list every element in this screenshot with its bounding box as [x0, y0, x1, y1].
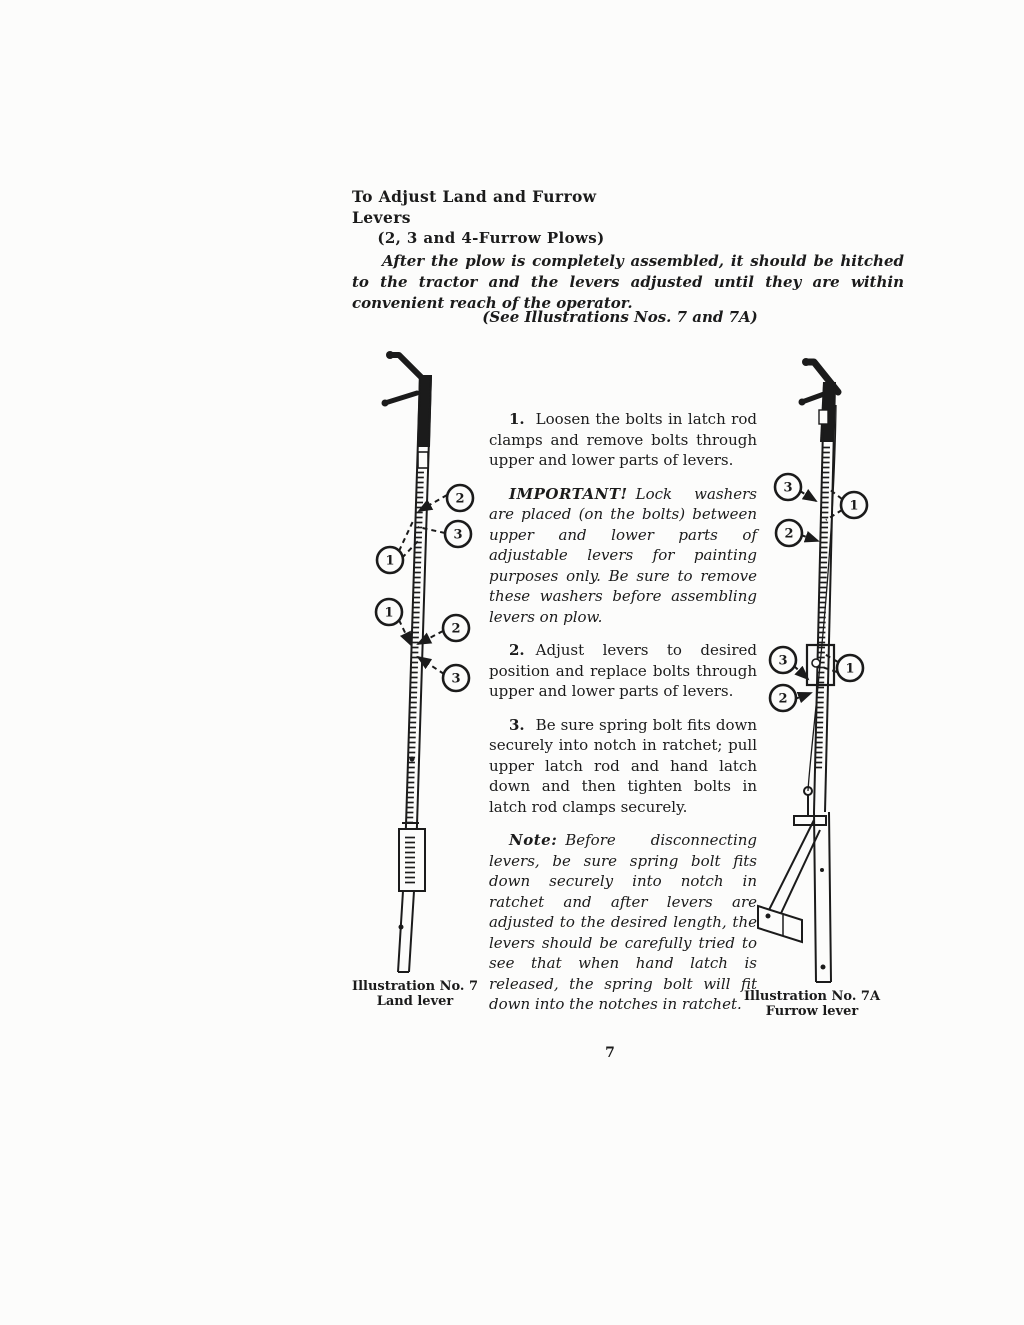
callout-label: 2: [778, 692, 787, 707]
right-illustration-caption: Illustration No. 7A Furrow lever: [741, 989, 883, 1019]
intro-paragraph: After the plow is completely assembled, …: [352, 251, 904, 314]
callout-lower-3: 3: [443, 665, 469, 691]
instruction-step-2: 2.Adjust levers to desired position and …: [489, 640, 757, 702]
callout-label: 1: [385, 554, 394, 569]
page-number: 7: [560, 1045, 660, 1061]
hand-latch: [799, 394, 825, 406]
land-lever-illustration: 2 3 1 1 2 3: [355, 345, 480, 980]
callout-label: 3: [451, 672, 460, 687]
step-text: Loosen the bolts in latch rod clamps and…: [489, 410, 757, 469]
callout-upper-1: 1: [841, 492, 867, 518]
callout-upper-3: 3: [775, 474, 801, 500]
caption-subtitle: Land lever: [346, 994, 484, 1009]
note-paragraph: Note:Before disconnecting levers, be sur…: [489, 830, 757, 1015]
callout-lower-1: 1: [376, 599, 402, 625]
note-text: Before disconnecting levers, be sure spr…: [489, 831, 757, 1013]
hand-latch: [382, 393, 418, 407]
step-number: 3.: [509, 716, 525, 734]
step-number: 1.: [509, 410, 525, 428]
callout-label: 3: [783, 481, 792, 496]
left-illustration-caption: Illustration No. 7 Land lever: [346, 979, 484, 1009]
caption-subtitle: Furrow lever: [741, 1004, 883, 1019]
callout-upper-1: 1: [377, 547, 403, 573]
callout-upper-2: 2: [447, 485, 473, 511]
page-title: To Adjust Land and Furrow Levers: [352, 186, 630, 228]
page-subtitle: (2, 3 and 4-Furrow Plows): [352, 228, 630, 249]
note-label: Note:: [509, 831, 557, 849]
callout-label: 2: [455, 492, 464, 507]
step-number: 2.: [509, 641, 525, 659]
callout-lower-2: 2: [443, 615, 469, 641]
caption-title: Illustration No. 7A: [741, 989, 883, 1004]
caption-title: Illustration No. 7: [346, 979, 484, 994]
callout-lower-1: 1: [837, 655, 863, 681]
lever-handle: [386, 351, 423, 379]
important-note: IMPORTANT!Lock washers are placed (on th…: [489, 484, 757, 628]
important-label: IMPORTANT!: [509, 485, 628, 503]
step-text: Be sure spring bolt fits down securely i…: [489, 716, 757, 816]
instruction-step-1: 1.Loosen the bolts in latch rod clamps a…: [489, 409, 757, 471]
furrow-lever-illustration: 3 1 2 3 1 2: [750, 350, 880, 995]
step-text: Adjust levers to desired position and re…: [489, 641, 757, 700]
title-block: To Adjust Land and Furrow Levers (2, 3 a…: [352, 186, 630, 249]
callout-label: 1: [845, 662, 854, 677]
callout-label: 3: [453, 528, 462, 543]
callout-upper-3: 3: [445, 521, 471, 547]
manual-page: To Adjust Land and Furrow Levers (2, 3 a…: [0, 0, 1024, 1325]
callout-upper-2: 2: [776, 520, 802, 546]
instruction-step-3: 3.Be sure spring bolt fits down securely…: [489, 715, 757, 818]
callout-label: 2: [451, 622, 460, 637]
callout-lower-3: 3: [770, 647, 796, 673]
important-text: Lock washers are placed (on the bolts) b…: [489, 485, 757, 626]
see-illustrations-note: (See Illustrations Nos. 7 and 7A): [470, 308, 770, 326]
callout-lower-2: 2: [770, 685, 796, 711]
callout-label: 1: [849, 499, 858, 514]
lever-shaft: [808, 382, 836, 812]
callout-label: 2: [784, 527, 793, 542]
callout-label: 3: [778, 654, 787, 669]
lower-bracket: [758, 787, 831, 982]
latch-rod-clamp: [398, 823, 425, 972]
callout-label: 1: [384, 606, 393, 621]
instructions-column: 1.Loosen the bolts in latch rod clamps a…: [489, 409, 757, 1028]
